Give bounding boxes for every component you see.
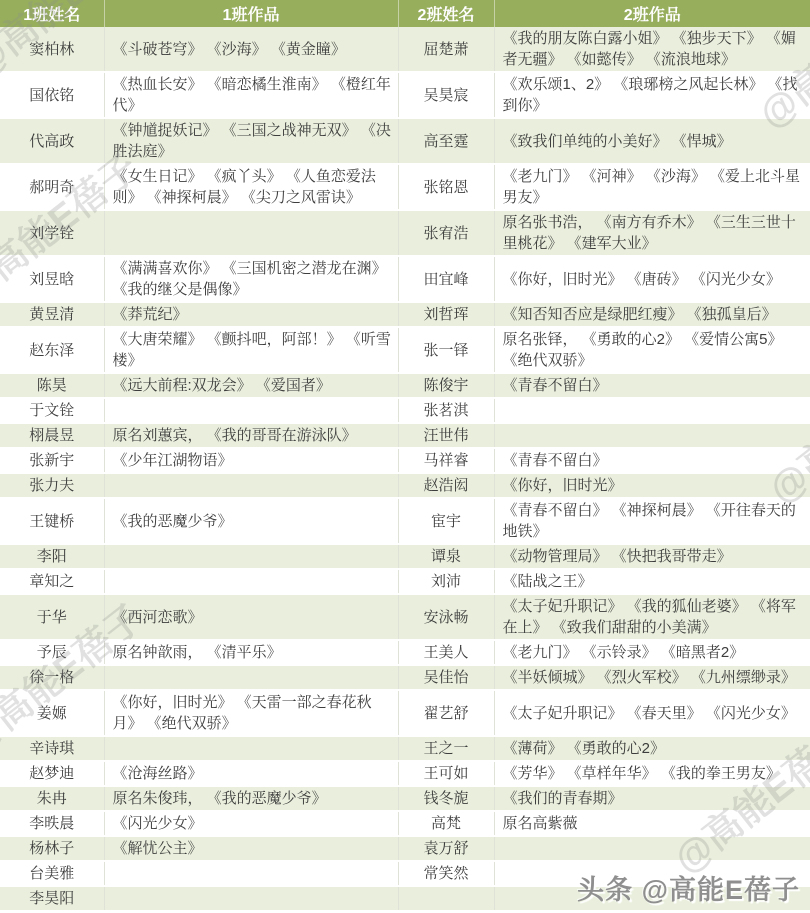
works-cell-class1: 《远大前程:双龙会》 《爱国者》 xyxy=(104,373,398,398)
header-class2-works: 2班作品 xyxy=(494,0,810,27)
name-cell-class2 xyxy=(398,886,494,911)
works-cell-class2: 《老九门》 《示铃录》 《暗黑者2》 xyxy=(494,640,810,665)
table-row: 杨林子《解忧公主》袁万舒 xyxy=(0,836,810,861)
page: 1班姓名 1班作品 2班姓名 2班作品 窦柏林《斗破苍穹》 《沙海》 《黄金瞳》… xyxy=(0,0,810,913)
name-cell-class1: 赵梦迪 xyxy=(0,761,104,786)
table-row: 栩晨昱原名刘蕙宾， 《我的哥哥在游泳队》汪世伟 xyxy=(0,423,810,448)
table-row: 王键桥《我的恶魔少爷》宦宇《青春不留白》 《神探柯晨》 《开往春天的地铁》 xyxy=(0,498,810,544)
works-cell-class2: 《知否知否应是绿肥红瘦》 《独孤皇后》 xyxy=(494,302,810,327)
name-cell-class2: 王可如 xyxy=(398,761,494,786)
works-cell-class1 xyxy=(104,861,398,886)
name-cell-class2: 安泳畅 xyxy=(398,594,494,640)
cast-table: 1班姓名 1班作品 2班姓名 2班作品 窦柏林《斗破苍穹》 《沙海》 《黄金瞳》… xyxy=(0,0,810,912)
works-cell-class2 xyxy=(494,398,810,423)
name-cell-class1: 陈昊 xyxy=(0,373,104,398)
works-cell-class1: 《满满喜欢你》 《三国机密之潜龙在渊》 《我的继父是偶像》 xyxy=(104,256,398,302)
table-row: 黄昱清《莽荒纪》刘哲珲《知否知否应是绿肥红瘦》 《独孤皇后》 xyxy=(0,302,810,327)
works-cell-class1: 原名朱俊玮， 《我的恶魔少爷》 xyxy=(104,786,398,811)
name-cell-class2: 常笑然 xyxy=(398,861,494,886)
name-cell-class1: 辛诗琪 xyxy=(0,736,104,761)
works-cell-class1: 《莽荒纪》 xyxy=(104,302,398,327)
works-cell-class1 xyxy=(104,736,398,761)
name-cell-class1: 黄昱清 xyxy=(0,302,104,327)
name-cell-class1: 李阳 xyxy=(0,544,104,569)
name-cell-class2: 屈楚萧 xyxy=(398,27,494,72)
name-cell-class2: 吴昊宸 xyxy=(398,72,494,118)
name-cell-class2: 宦宇 xyxy=(398,498,494,544)
table-row: 张力夫赵浩闳《你好，旧时光》 xyxy=(0,473,810,498)
name-cell-class2: 谭泉 xyxy=(398,544,494,569)
works-cell-class2: 《欢乐颂1、2》 《琅琊榜之风起长林》 《找到你》 xyxy=(494,72,810,118)
works-cell-class2: 原名高紫薇 xyxy=(494,811,810,836)
name-cell-class1: 代高政 xyxy=(0,118,104,164)
name-cell-class2: 张铭恩 xyxy=(398,164,494,210)
works-cell-class2 xyxy=(494,836,810,861)
works-cell-class1: 《热血长安》 《暗恋橘生淮南》 《橙红年代》 xyxy=(104,72,398,118)
works-cell-class2: 《我的朋友陈白露小姐》 《独步天下》 《媚者无疆》 《如懿传》 《流浪地球》 xyxy=(494,27,810,72)
works-cell-class2: 《太子妃升职记》 《春天里》 《闪光少女》 xyxy=(494,690,810,736)
table-row: 姜嫄《你好，旧时光》 《天雷一部之春花秋月》 《绝代双骄》翟艺舒《太子妃升职记》… xyxy=(0,690,810,736)
name-cell-class1: 郝明奇 xyxy=(0,164,104,210)
name-cell-class1: 窦柏林 xyxy=(0,27,104,72)
table-row: 刘昱晗《满满喜欢你》 《三国机密之潜龙在渊》 《我的继父是偶像》田宜峰《你好，旧… xyxy=(0,256,810,302)
name-cell-class1: 李昊阳 xyxy=(0,886,104,911)
works-cell-class2 xyxy=(494,423,810,448)
works-cell-class2: 《动物管理局》 《快把我哥带走》 xyxy=(494,544,810,569)
name-cell-class2: 钱冬旎 xyxy=(398,786,494,811)
works-cell-class1: 《钟馗捉妖记》 《三国之战神无双》 《决胜法庭》 xyxy=(104,118,398,164)
table-row: 章知之刘沛《陆战之王》 xyxy=(0,569,810,594)
works-cell-class1: 《女生日记》 《疯丫头》 《人鱼恋爱法则》 《神探柯晨》 《尖刀之风雷诀》 xyxy=(104,164,398,210)
works-cell-class1: 《你好，旧时光》 《天雷一部之春花秋月》 《绝代双骄》 xyxy=(104,690,398,736)
name-cell-class2: 张茗淇 xyxy=(398,398,494,423)
works-cell-class1: 《闪光少女》 xyxy=(104,811,398,836)
works-cell-class2: 《太子妃升职记》 《我的狐仙老婆》 《将军在上》 《致我们甜甜的小美满》 xyxy=(494,594,810,640)
name-cell-class2: 王美人 xyxy=(398,640,494,665)
name-cell-class2: 刘沛 xyxy=(398,569,494,594)
name-cell-class1: 王键桥 xyxy=(0,498,104,544)
works-cell-class1: 《大唐荣耀》 《颤抖吧，阿部！》 《听雪楼》 xyxy=(104,327,398,373)
works-cell-class2: 《致我们单纯的小美好》 《悍城》 xyxy=(494,118,810,164)
works-cell-class2: 《薄荷》 《勇敢的心2》 xyxy=(494,736,810,761)
name-cell-class2: 高梵 xyxy=(398,811,494,836)
table-row: 李阳谭泉《动物管理局》 《快把我哥带走》 xyxy=(0,544,810,569)
works-cell-class1: 原名钟歆雨， 《清平乐》 xyxy=(104,640,398,665)
works-cell-class1: 《斗破苍穹》 《沙海》 《黄金瞳》 xyxy=(104,27,398,72)
works-cell-class1 xyxy=(104,665,398,690)
header-class2-names: 2班姓名 xyxy=(398,0,494,27)
name-cell-class2: 翟艺舒 xyxy=(398,690,494,736)
works-cell-class1 xyxy=(104,473,398,498)
name-cell-class2: 吴佳怡 xyxy=(398,665,494,690)
table-row: 于华《西河恋歌》安泳畅《太子妃升职记》 《我的狐仙老婆》 《将军在上》 《致我们… xyxy=(0,594,810,640)
works-cell-class1 xyxy=(104,398,398,423)
works-cell-class1: 《少年江湖物语》 xyxy=(104,448,398,473)
table-body: 窦柏林《斗破苍穹》 《沙海》 《黄金瞳》屈楚萧《我的朋友陈白露小姐》 《独步天下… xyxy=(0,27,810,911)
works-cell-class1: 原名刘蕙宾， 《我的哥哥在游泳队》 xyxy=(104,423,398,448)
works-cell-class2: 《你好，旧时光》 《唐砖》 《闪光少女》 xyxy=(494,256,810,302)
table-row: 于文铨张茗淇 xyxy=(0,398,810,423)
works-cell-class2: 《青春不留白》 xyxy=(494,373,810,398)
name-cell-class1: 国依铭 xyxy=(0,72,104,118)
name-cell-class2: 王之一 xyxy=(398,736,494,761)
name-cell-class1: 朱冉 xyxy=(0,786,104,811)
works-cell-class2: 《芳华》 《草样年华》 《我的拳王男友》 xyxy=(494,761,810,786)
table-row: 李昳晨《闪光少女》高梵原名高紫薇 xyxy=(0,811,810,836)
works-cell-class1 xyxy=(104,210,398,256)
works-cell-class1: 《我的恶魔少爷》 xyxy=(104,498,398,544)
name-cell-class1: 赵东泽 xyxy=(0,327,104,373)
name-cell-class1: 徐一格 xyxy=(0,665,104,690)
table-row: 陈昊《远大前程:双龙会》 《爱国者》陈俊宇《青春不留白》 xyxy=(0,373,810,398)
table-row: 辛诗琪王之一《薄荷》 《勇敢的心2》 xyxy=(0,736,810,761)
works-cell-class2: 原名张铎， 《勇敢的心2》 《爱情公寓5》 《绝代双骄》 xyxy=(494,327,810,373)
table-row: 予辰原名钟歆雨， 《清平乐》王美人《老九门》 《示铃录》 《暗黑者2》 xyxy=(0,640,810,665)
works-cell-class2 xyxy=(494,886,810,911)
name-cell-class2: 马祥睿 xyxy=(398,448,494,473)
works-cell-class2: 《老九门》 《河神》 《沙海》 《爱上北斗星男友》 xyxy=(494,164,810,210)
table-row: 国依铭《热血长安》 《暗恋橘生淮南》 《橙红年代》吴昊宸《欢乐颂1、2》 《琅琊… xyxy=(0,72,810,118)
name-cell-class2: 田宜峰 xyxy=(398,256,494,302)
name-cell-class1: 于华 xyxy=(0,594,104,640)
table-row: 台美雅常笑然 xyxy=(0,861,810,886)
works-cell-class2: 《青春不留白》 xyxy=(494,448,810,473)
table-row: 赵梦迪《沧海丝路》王可如《芳华》 《草样年华》 《我的拳王男友》 xyxy=(0,761,810,786)
works-cell-class2: 《我们的青春期》 xyxy=(494,786,810,811)
works-cell-class1: 《沧海丝路》 xyxy=(104,761,398,786)
name-cell-class1: 刘昱晗 xyxy=(0,256,104,302)
works-cell-class1 xyxy=(104,886,398,911)
table-row: 朱冉原名朱俊玮， 《我的恶魔少爷》钱冬旎《我们的青春期》 xyxy=(0,786,810,811)
name-cell-class2: 高至霆 xyxy=(398,118,494,164)
name-cell-class2: 陈俊宇 xyxy=(398,373,494,398)
name-cell-class2: 汪世伟 xyxy=(398,423,494,448)
name-cell-class1: 刘学铨 xyxy=(0,210,104,256)
header-class1-names: 1班姓名 xyxy=(0,0,104,27)
works-cell-class2: 《陆战之王》 xyxy=(494,569,810,594)
name-cell-class1: 章知之 xyxy=(0,569,104,594)
table-row: 郝明奇《女生日记》 《疯丫头》 《人鱼恋爱法则》 《神探柯晨》 《尖刀之风雷诀》… xyxy=(0,164,810,210)
name-cell-class2: 张宥浩 xyxy=(398,210,494,256)
name-cell-class1: 姜嫄 xyxy=(0,690,104,736)
table-row: 刘学铨张宥浩原名张书浩， 《南方有乔木》 《三生三世十里桃花》 《建军大业》 xyxy=(0,210,810,256)
works-cell-class2: 原名张书浩， 《南方有乔木》 《三生三世十里桃花》 《建军大业》 xyxy=(494,210,810,256)
works-cell-class1: 《西河恋歌》 xyxy=(104,594,398,640)
name-cell-class1: 杨林子 xyxy=(0,836,104,861)
name-cell-class2: 张一铎 xyxy=(398,327,494,373)
table-row: 李昊阳 xyxy=(0,886,810,911)
table-row: 窦柏林《斗破苍穹》 《沙海》 《黄金瞳》屈楚萧《我的朋友陈白露小姐》 《独步天下… xyxy=(0,27,810,72)
works-cell-class2: 《你好，旧时光》 xyxy=(494,473,810,498)
name-cell-class2: 赵浩闳 xyxy=(398,473,494,498)
table-header: 1班姓名 1班作品 2班姓名 2班作品 xyxy=(0,0,810,27)
table-row: 代高政《钟馗捉妖记》 《三国之战神无双》 《决胜法庭》高至霆《致我们单纯的小美好… xyxy=(0,118,810,164)
header-row: 1班姓名 1班作品 2班姓名 2班作品 xyxy=(0,0,810,27)
name-cell-class1: 李昳晨 xyxy=(0,811,104,836)
table-row: 徐一格吴佳怡《半妖倾城》 《烈火军校》 《九州缥缈录》 xyxy=(0,665,810,690)
name-cell-class2: 袁万舒 xyxy=(398,836,494,861)
table-row: 张新宇《少年江湖物语》马祥睿《青春不留白》 xyxy=(0,448,810,473)
works-cell-class1 xyxy=(104,569,398,594)
works-cell-class1 xyxy=(104,544,398,569)
name-cell-class2: 刘哲珲 xyxy=(398,302,494,327)
works-cell-class2 xyxy=(494,861,810,886)
name-cell-class1: 张力夫 xyxy=(0,473,104,498)
name-cell-class1: 予辰 xyxy=(0,640,104,665)
header-class1-works: 1班作品 xyxy=(104,0,398,27)
works-cell-class2: 《半妖倾城》 《烈火军校》 《九州缥缈录》 xyxy=(494,665,810,690)
works-cell-class2: 《青春不留白》 《神探柯晨》 《开往春天的地铁》 xyxy=(494,498,810,544)
name-cell-class1: 栩晨昱 xyxy=(0,423,104,448)
table-row: 赵东泽《大唐荣耀》 《颤抖吧，阿部！》 《听雪楼》张一铎原名张铎， 《勇敢的心2… xyxy=(0,327,810,373)
name-cell-class1: 于文铨 xyxy=(0,398,104,423)
name-cell-class1: 台美雅 xyxy=(0,861,104,886)
works-cell-class1: 《解忧公主》 xyxy=(104,836,398,861)
name-cell-class1: 张新宇 xyxy=(0,448,104,473)
